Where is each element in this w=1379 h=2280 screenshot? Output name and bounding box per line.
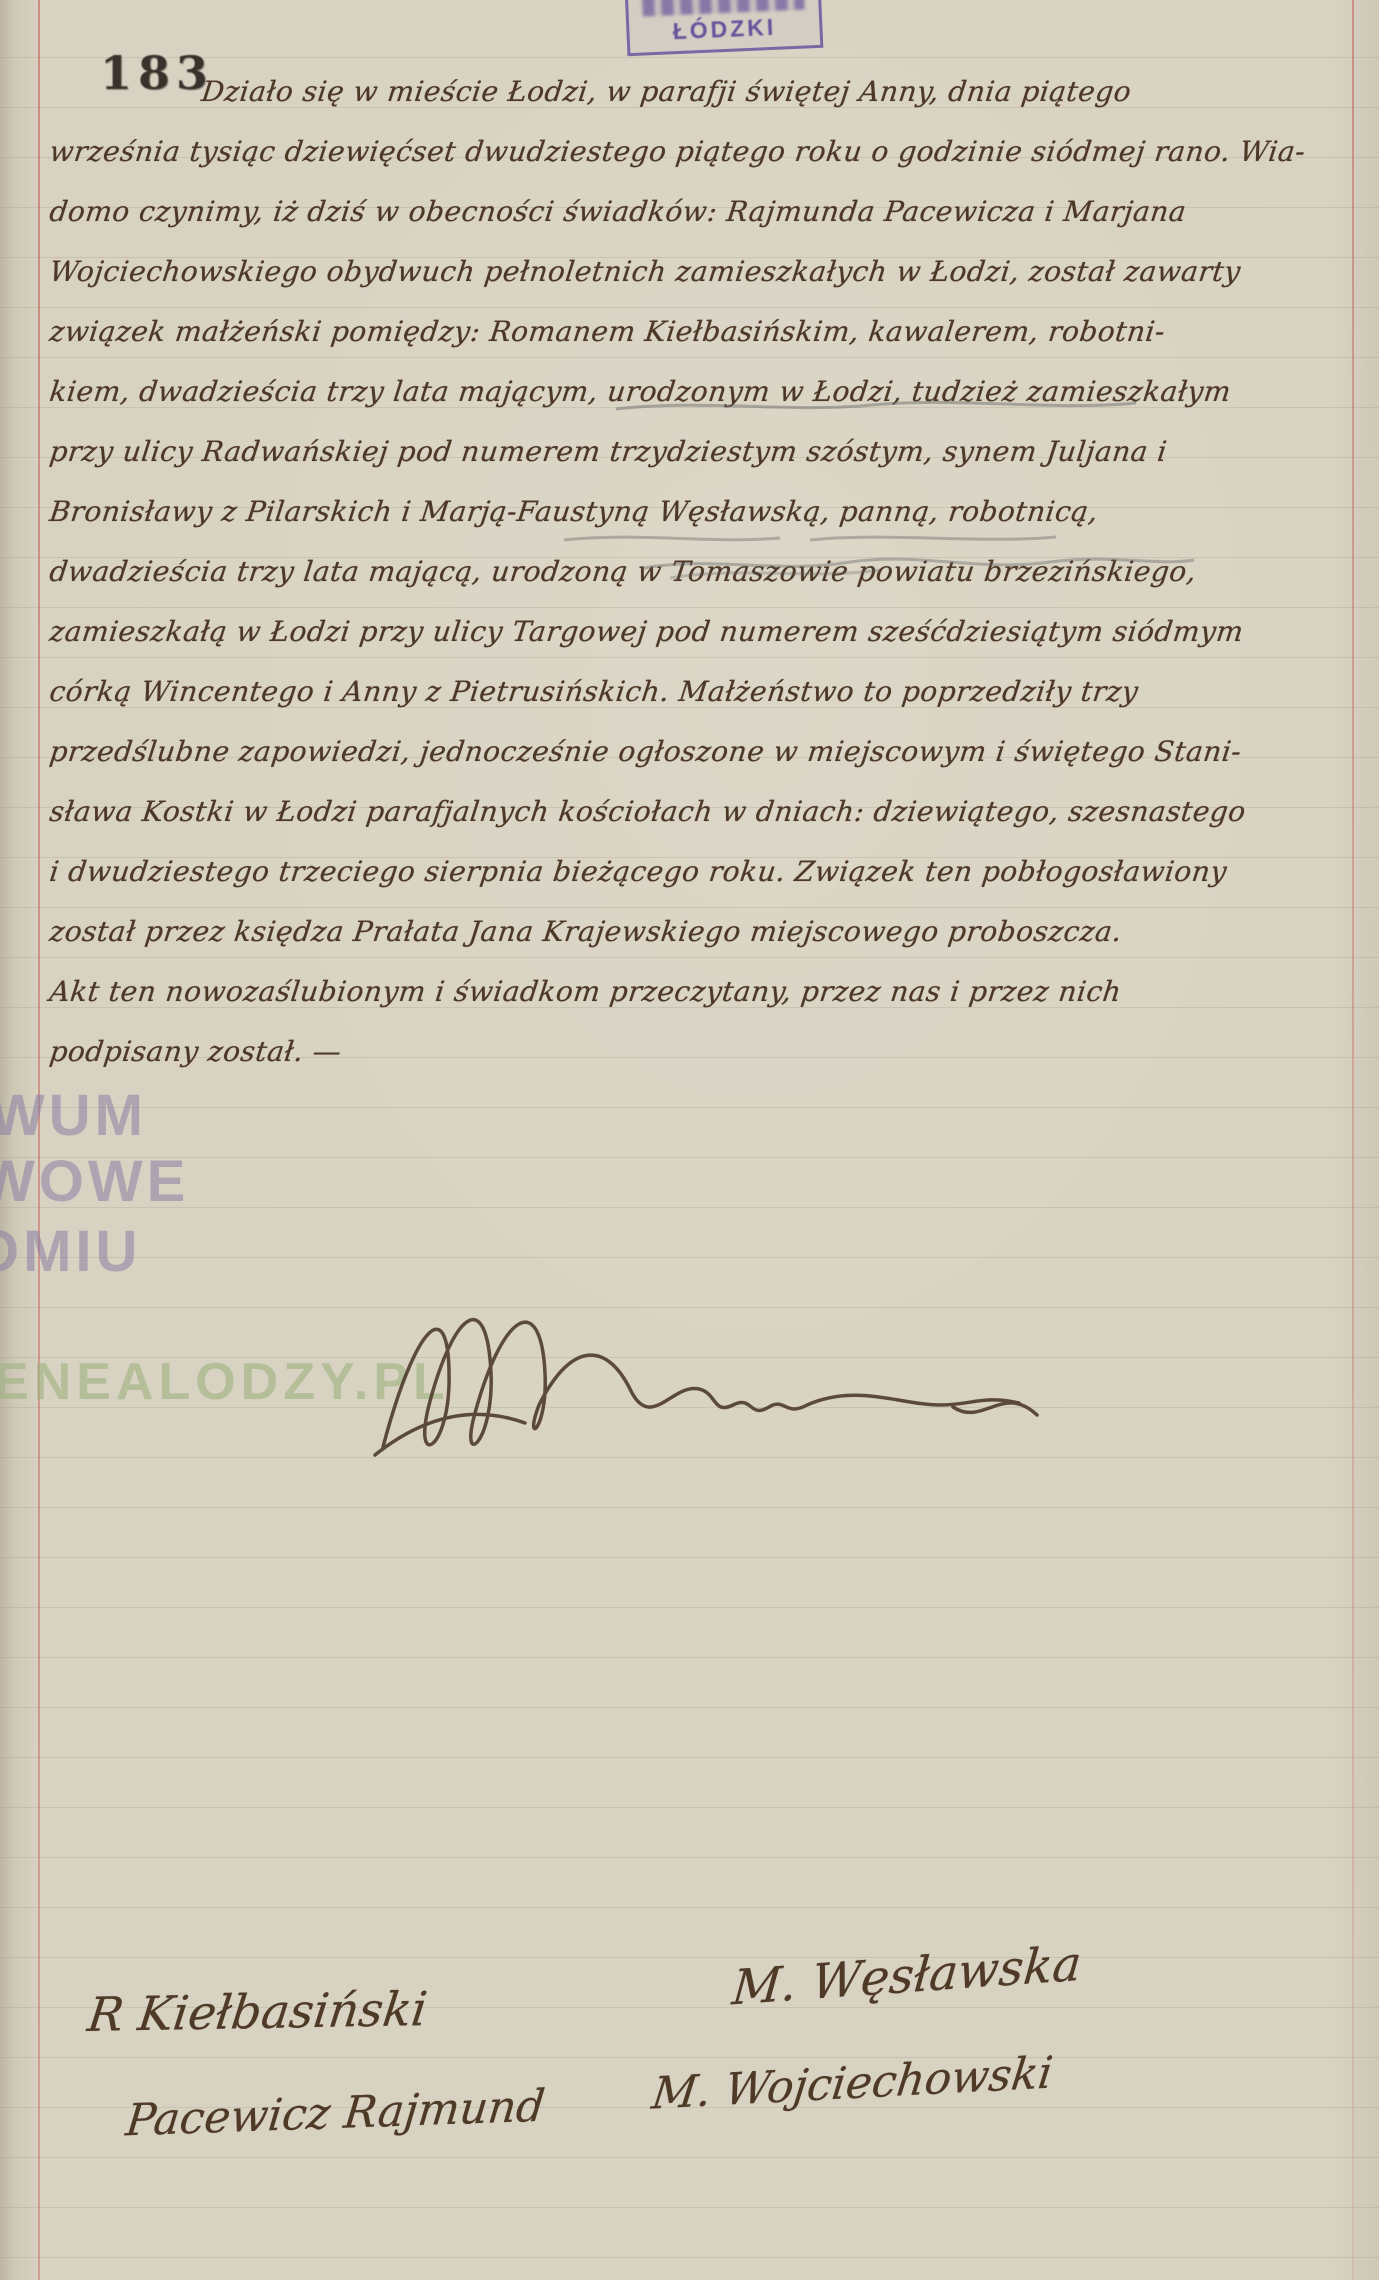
office-stamp: ŁÓDZKI <box>625 0 824 56</box>
signature-witness-wojciechowski: M. Wojciechowski <box>649 2047 1055 2119</box>
record-text-line: zamieszkałą w Łodzi przy ulicy Targowej … <box>46 602 1363 662</box>
record-text-line: Akt ten nowozaślubionym i świadkom przec… <box>46 962 1363 1022</box>
record-text-line: Działo się w mieście Łodzi, w parafji św… <box>46 62 1363 122</box>
signature-groom: R Kiełbasiński <box>85 1982 430 2043</box>
officiant-signature <box>355 1255 1055 1485</box>
record-text-line: domo czynimy, iż dziś w obecności świadk… <box>46 182 1363 242</box>
watermark-fragment: WOWE <box>0 1148 189 1215</box>
record-text-line: i dwudziestego trzeciego sierpnia bieżąc… <box>46 842 1363 902</box>
watermark-fragment: OMIU <box>0 1218 141 1285</box>
signature-witness-pacewicz: Pacewicz Rajmund <box>123 2081 547 2147</box>
stamp-text: ŁÓDZKI <box>639 12 810 46</box>
left-margin-line <box>38 0 40 2280</box>
record-text-line: przedślubne zapowiedzi, jednocześnie ogł… <box>46 722 1363 782</box>
record-text-line: września tysiąc dziewięćset dwudziestego… <box>46 122 1363 182</box>
record-text-line: został przez księdza Prałata Jana Krajew… <box>46 902 1363 962</box>
record-text-line: Bronisławy z Pilarskich i Marją-Faustyną… <box>46 482 1363 542</box>
signature-bride: M. Węsławska <box>730 1936 1084 2017</box>
record-text-line: podpisany został. — <box>46 1022 1363 1082</box>
document-page: ŁÓDZKI 183 Działo się w mieście Łodzi, w… <box>0 0 1379 2280</box>
record-text-line: przy ulicy Radwańskiej pod numerem trzyd… <box>46 422 1363 482</box>
watermark-fragment: WUM <box>0 1082 147 1149</box>
record-text-line: dwadzieścia trzy lata mającą, urodzoną w… <box>46 542 1363 602</box>
record-text-line: związek małżeński pomiędzy: Romanem Kieł… <box>46 302 1363 362</box>
record-text-line: sława Kostki w Łodzi parafjalnych kościo… <box>46 782 1363 842</box>
record-text-line: kiem, dwadzieścia trzy lata mającym, uro… <box>46 362 1363 422</box>
record-text: Działo się w mieście Łodzi, w parafji św… <box>46 62 1356 1082</box>
record-text-line: Wojciechowskiego obydwuch pełnoletnich z… <box>46 242 1363 302</box>
record-text-line: córką Wincentego i Anny z Pietrusińskich… <box>46 662 1363 722</box>
